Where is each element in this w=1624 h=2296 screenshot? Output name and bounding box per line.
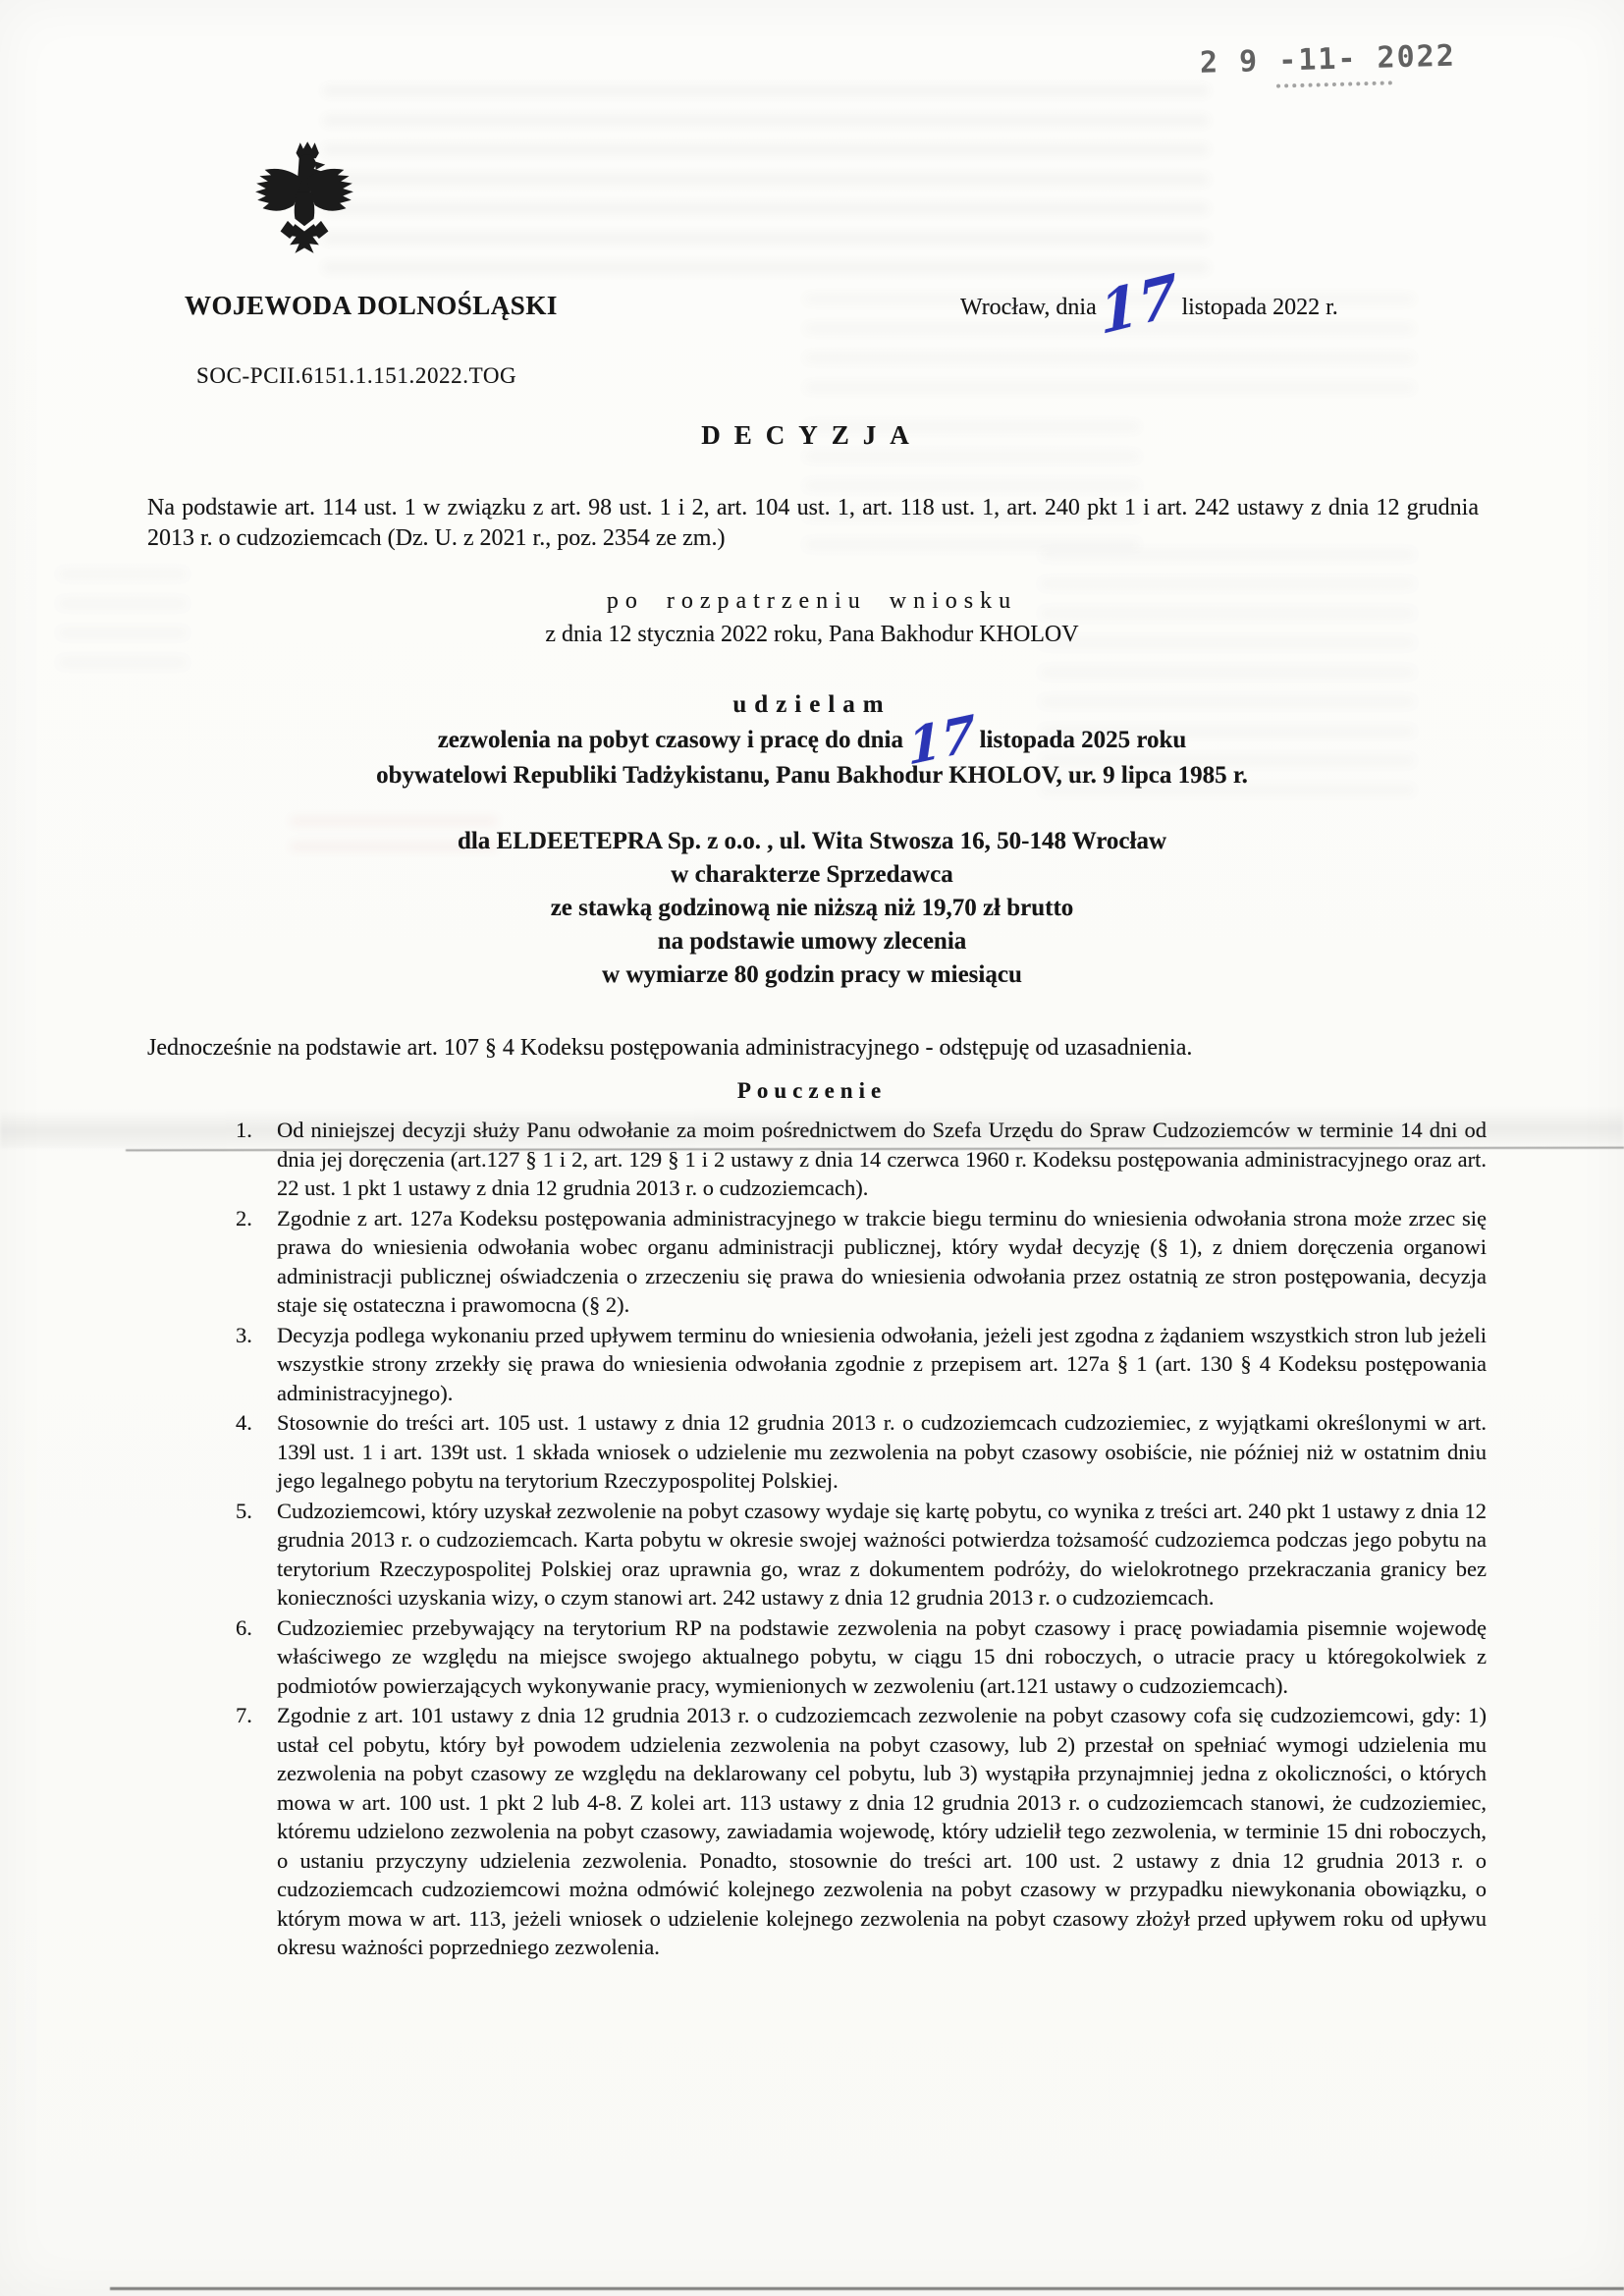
instruction-item-number: 4.: [234, 1408, 277, 1438]
grant-verb: udzielam: [0, 691, 1624, 719]
application-line: z dnia 12 stycznia 2022 roku, Pana Bakho…: [0, 622, 1624, 648]
instruction-item-6: 6. Cudzoziemiec przebywający na terytori…: [234, 1613, 1487, 1701]
instruction-item-7: 7. Zgodnie z art. 101 ustawy z dnia 12 g…: [234, 1701, 1487, 1962]
grant-line-prefix: zezwolenia na pobyt czasowy i pracę do d…: [438, 727, 903, 753]
instruction-item-text: Zgodnie z art. 101 ustawy z dnia 12 grud…: [277, 1701, 1487, 1962]
received-date-stamp: 2 9 -11- 2022: [1200, 40, 1397, 81]
grant-permit-line: zezwolenia na pobyt czasowy i pracę do d…: [0, 727, 1624, 754]
instruction-item-2: 2. Zgodnie z art. 127a Kodeksu postępowa…: [234, 1204, 1487, 1320]
polish-eagle-emblem-icon: [239, 137, 370, 273]
instruction-item-number: 7.: [234, 1701, 277, 1730]
instruction-item-1: 1. Od niniejszej decyzji służy Panu odwo…: [234, 1116, 1487, 1203]
employment-conditions-block: dla ELDEETEPRA Sp. z o.o. , ul. Wita Stw…: [0, 825, 1624, 992]
instruction-item-number: 1.: [234, 1116, 277, 1145]
issuing-authority: WOJEWODA DOLNOŚLĄSKI: [185, 291, 558, 321]
legal-basis-paragraph: Na podstawie art. 114 ust. 1 w związku z…: [147, 493, 1479, 554]
position-line: w charakterze Sprzedawca: [0, 858, 1624, 892]
instructions-list: 1. Od niniejszej decyzji służy Panu odwo…: [234, 1116, 1487, 1963]
instruction-item-number: 2.: [234, 1204, 277, 1233]
scan-bottom-edge: [110, 2287, 1624, 2290]
instruction-item-3: 3. Decyzja podlega wykonaniu przed upływ…: [234, 1321, 1487, 1408]
handwritten-day-header: 17: [1100, 295, 1176, 314]
wage-line: ze stawką godzinową nie niższą niż 19,70…: [0, 892, 1624, 925]
working-hours-line: w wymiarze 80 godzin pracy w miesiącu: [0, 958, 1624, 992]
instruction-item-number: 6.: [234, 1613, 277, 1643]
employer-line: dla ELDEETEPRA Sp. z o.o. , ul. Wita Stw…: [0, 825, 1624, 858]
instruction-item-number: 5.: [234, 1497, 277, 1526]
bleed-through-top: [324, 86, 1208, 273]
place-date-suffix: listopada 2022 r.: [1181, 295, 1337, 320]
instruction-item-5: 5. Cudzoziemcowi, który uzyskał zezwolen…: [234, 1497, 1487, 1613]
justification-waiver-paragraph: Jednocześnie na podstawie art. 107 § 4 K…: [147, 1033, 1479, 1064]
decision-document-page: 2 9 -11- 2022 WOJEWODA DOLNOŚLĄSKI Wrocł…: [0, 0, 1624, 2296]
contract-type-line: na podstawie umowy zlecenia: [0, 925, 1624, 958]
instructions-heading: Pouczenie: [0, 1078, 1624, 1104]
instruction-item-text: Od niniejszej decyzji służy Panu odwołan…: [277, 1116, 1487, 1203]
instruction-item-text: Cudzoziemiec przebywający na terytorium …: [277, 1613, 1487, 1701]
grant-line-suffix: listopada 2025 roku: [980, 727, 1187, 753]
page-title: DECYZJA: [0, 420, 1624, 451]
place-and-date-line: Wrocław, dnia17 listopada 2022 r.: [960, 295, 1510, 321]
instruction-item-4: 4. Stosownie do treści art. 105 ust. 1 u…: [234, 1408, 1487, 1496]
instruction-item-text: Decyzja podlega wykonaniu przed upływem …: [277, 1321, 1487, 1408]
grant-beneficiary-line: obywatelowi Republiki Tadżykistanu, Panu…: [0, 762, 1624, 790]
handwritten-day-grant: 17: [908, 734, 975, 747]
instruction-item-text: Cudzoziemcowi, który uzyskał zezwolenie …: [277, 1497, 1487, 1613]
case-reference-number: SOC-PCII.6151.1.151.2022.TOG: [196, 363, 516, 389]
instruction-item-text: Stosownie do treści art. 105 ust. 1 usta…: [277, 1408, 1487, 1496]
consideration-line: po rozpatrzeniu wniosku: [0, 588, 1624, 615]
stamp-dotted-line: [1276, 81, 1392, 87]
instruction-item-number: 3.: [234, 1321, 277, 1350]
place-date-prefix: Wrocław, dnia: [960, 295, 1097, 320]
instruction-item-text: Zgodnie z art. 127a Kodeksu postępowania…: [277, 1204, 1487, 1320]
